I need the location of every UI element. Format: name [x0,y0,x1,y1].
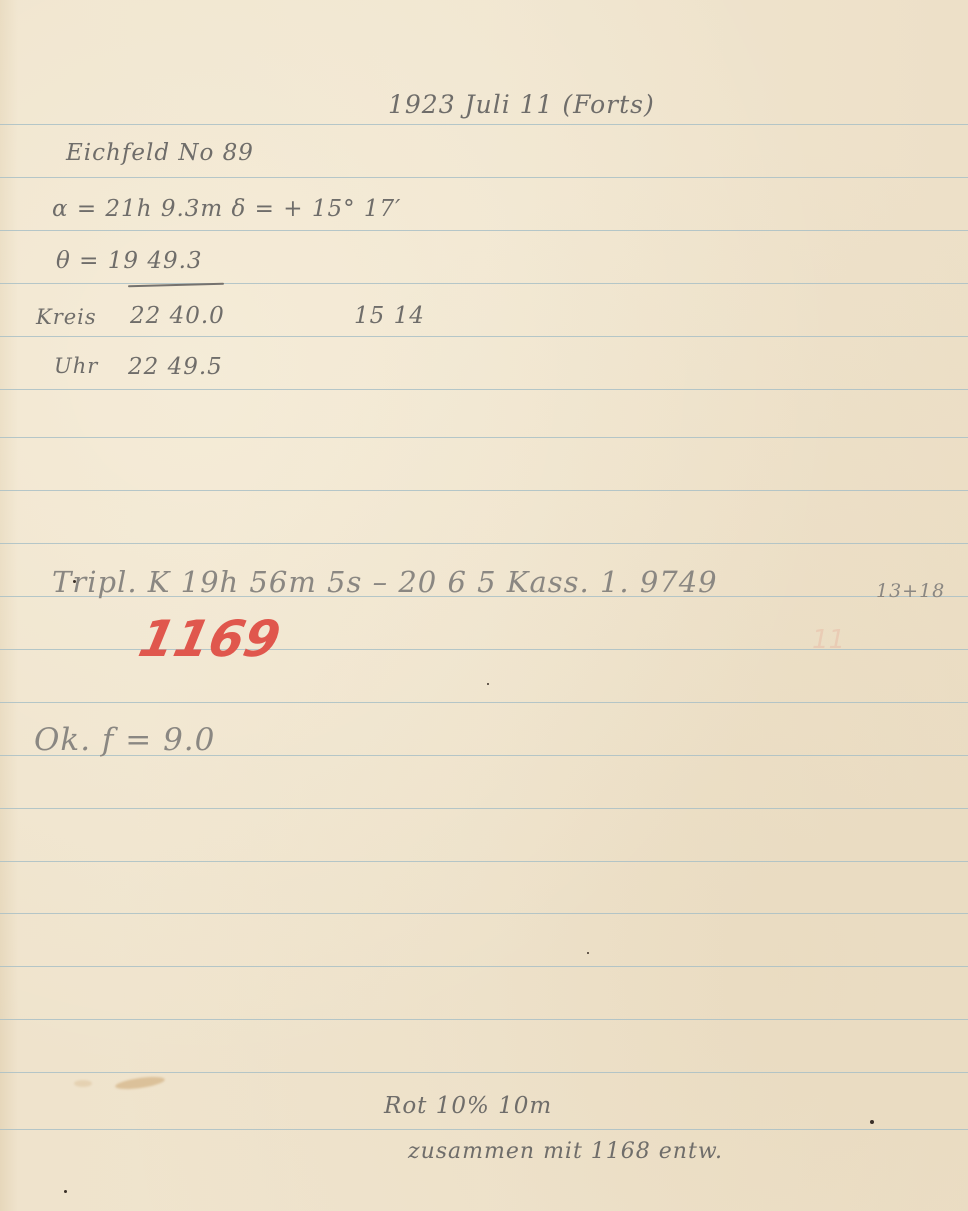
paper-speck [870,1120,874,1124]
ruled-line [0,1072,968,1073]
footer-line-2: zusammen mit 1168 entw. [408,1141,723,1163]
ruled-line [0,543,968,544]
ruled-line [0,230,968,231]
paper-speck [73,580,76,583]
ruled-line [0,437,968,438]
ocular-line: Ok. f = 9.0 [34,725,215,756]
plate-number: 1169 [135,614,285,664]
ruled-line [0,1129,968,1130]
triplet-aside: 13+18 [876,582,945,601]
paper-speck [587,952,589,954]
field-title: Eichfeld No 89 [66,142,254,165]
entry-date: 1923 Juli 11 (Forts) [388,92,655,117]
theta-line: θ = 19 49.3 [56,250,203,273]
ruled-line [0,702,968,703]
uhr-value: 22 49.5 [128,356,223,379]
footer-line-1: Rot 10% 10m [384,1095,552,1118]
ruled-line [0,490,968,491]
kreis-value: 22 40.0 [130,305,225,328]
faded-red-mark: 11 [812,625,845,655]
ruled-line [0,389,968,390]
ruled-line [0,861,968,862]
paper-speck [487,683,489,685]
ruled-line [0,966,968,967]
ruled-line [0,336,968,337]
ruled-line [0,1019,968,1020]
kreis-aside: 15 14 [354,305,425,328]
paper-stain [74,1080,92,1087]
ruled-line [0,124,968,125]
ruled-line [0,177,968,178]
notebook-page: 1923 Juli 11 (Forts) Eichfeld No 89 α = … [0,0,968,1211]
paper-stain [115,1075,166,1092]
ruled-line [0,913,968,914]
uhr-label: Uhr [54,356,98,377]
paper-speck [64,1190,67,1193]
triplet-line: Tripl. K 19h 56m 5s – 20 6 5 Kass. 1. 97… [52,568,718,597]
kreis-label: Kreis [36,307,97,328]
alpha-delta-line: α = 21h 9.3m δ = + 15° 17′ [52,198,401,221]
ruled-line [0,808,968,809]
